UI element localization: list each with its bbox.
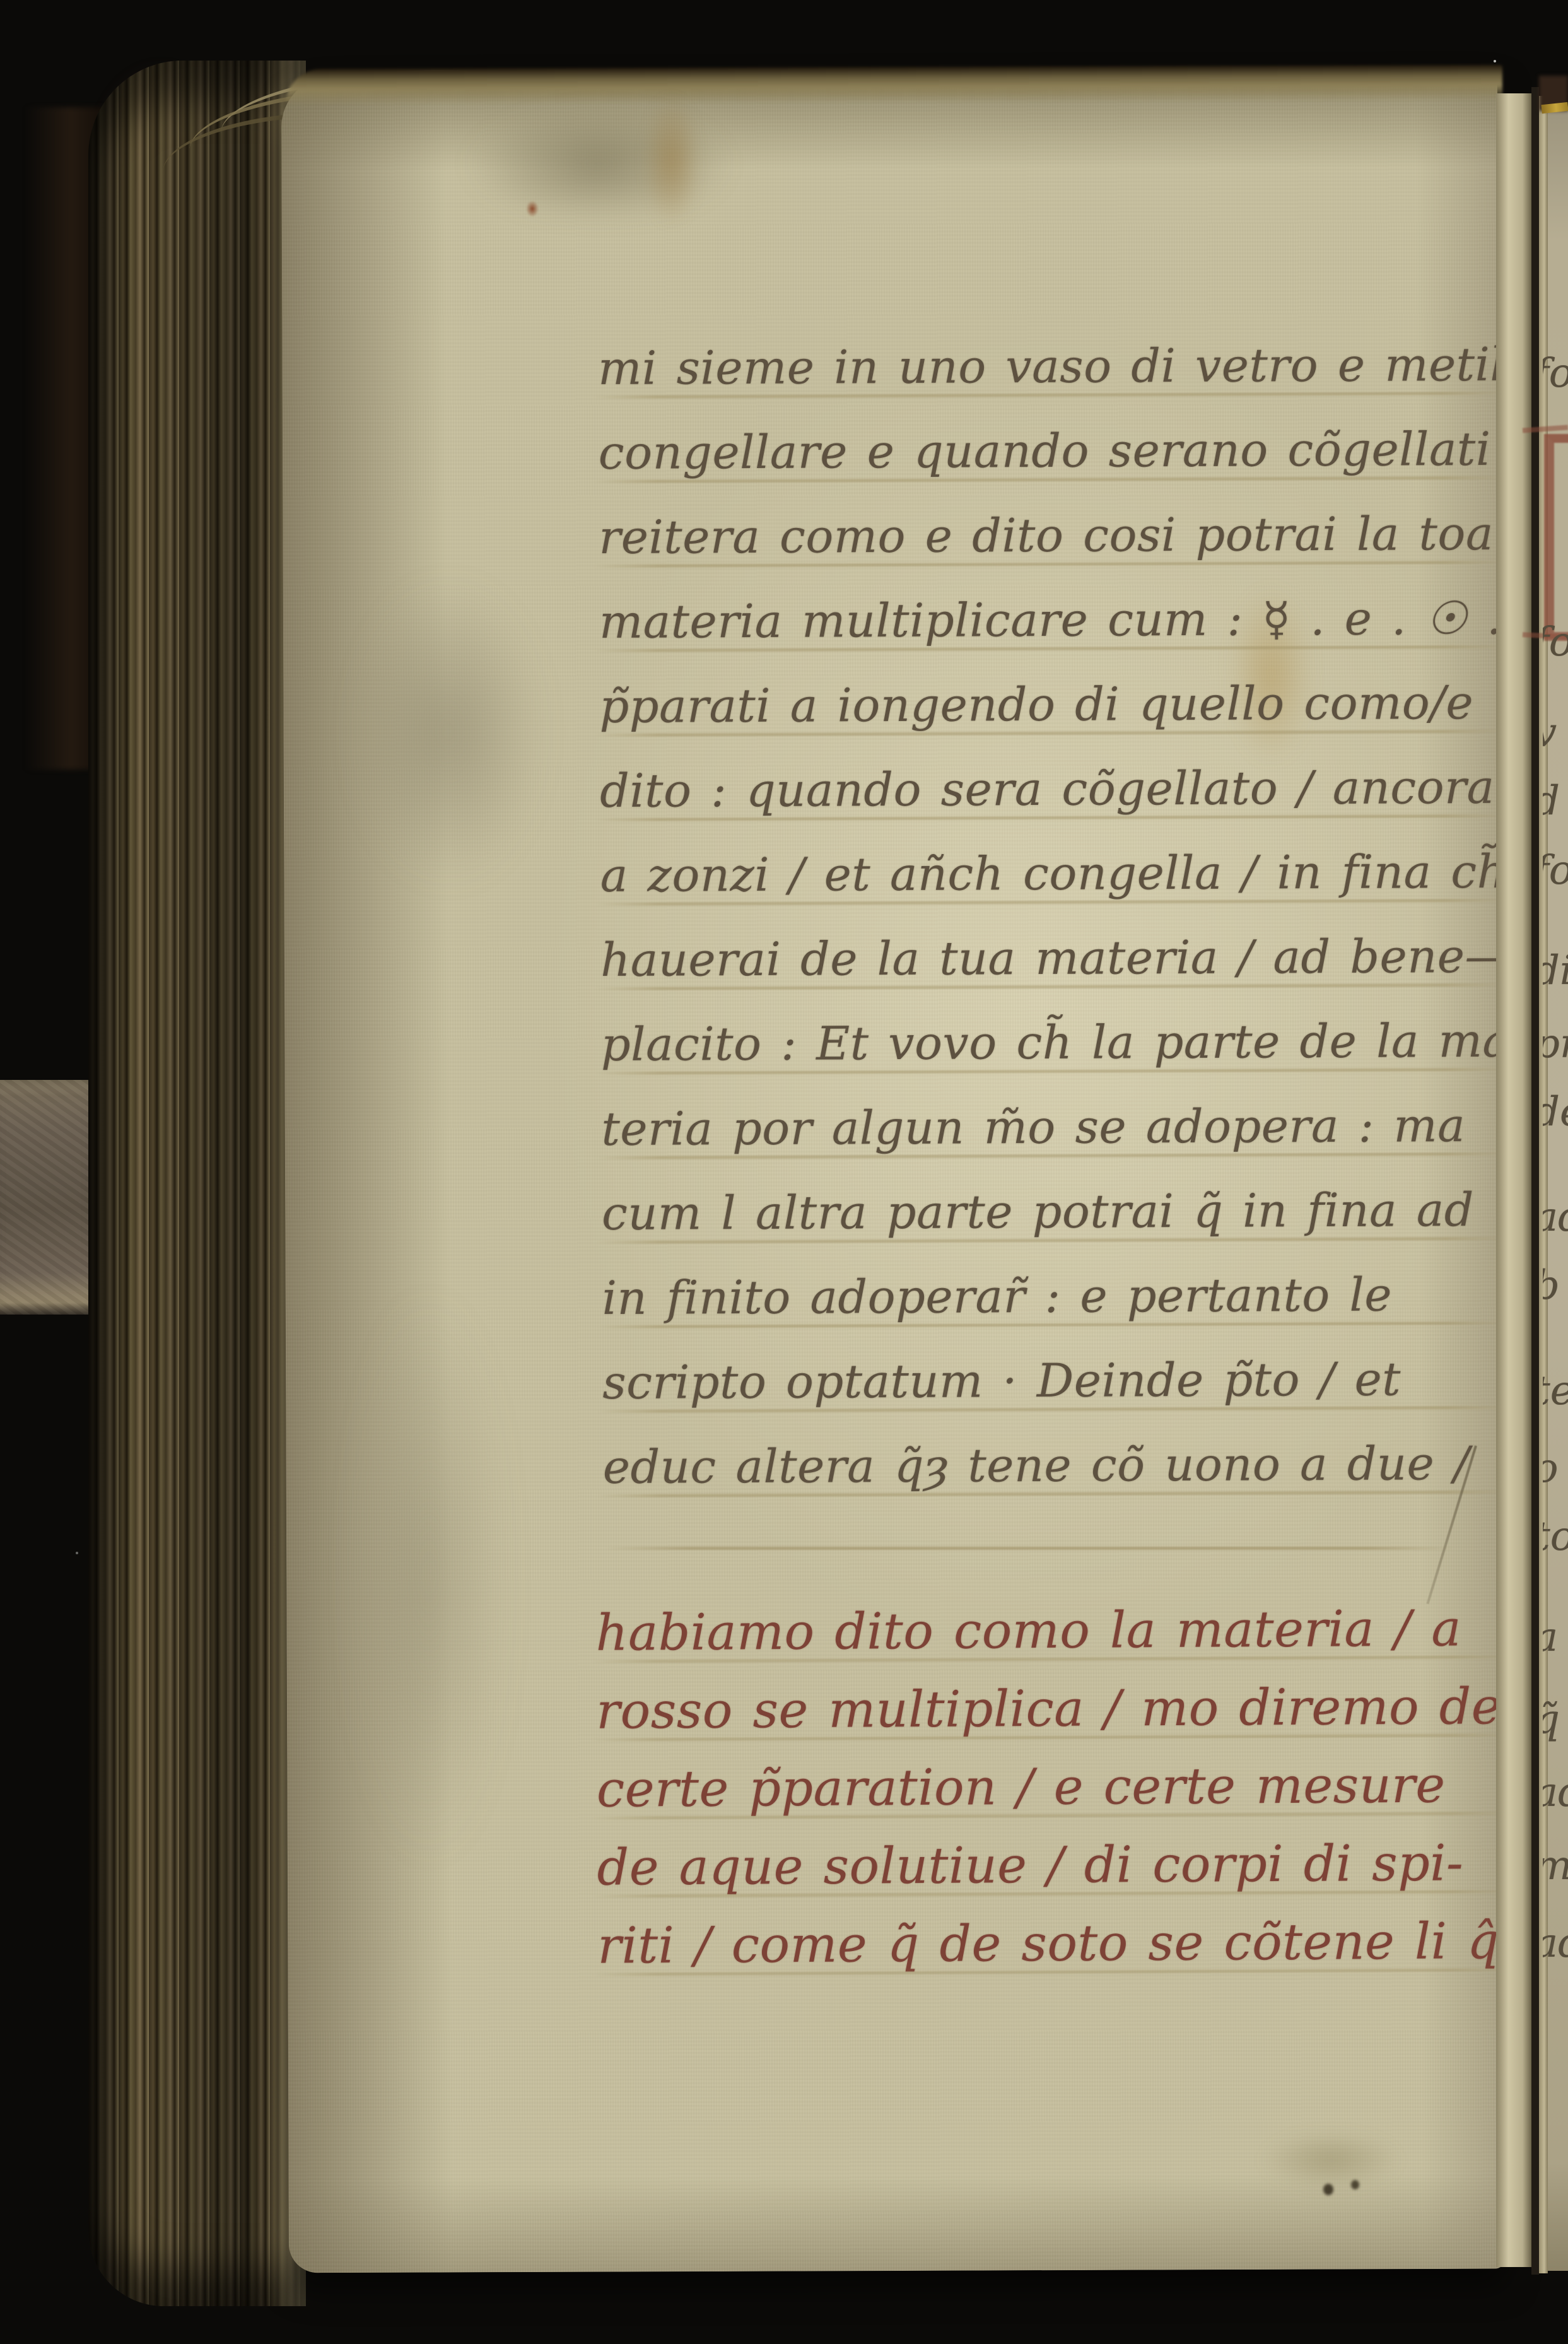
- text-fragment: di: [1543, 951, 1568, 991]
- manuscript-line: riti / come q̃ de soto se cõtene li q̂l: [597, 1902, 1494, 1984]
- text-fragment: d: [1543, 781, 1560, 821]
- red-ink-paragraph: habiamo dito como la materia / arosso se…: [595, 1589, 1493, 1984]
- text-fragment: pr: [1543, 1024, 1568, 1064]
- text-fragment: m: [1543, 1846, 1568, 1886]
- manuscript-line: de aque solutiue / di corpi di spi-: [597, 1824, 1493, 1906]
- manuscript-photo: { "manuscript": { "left_page": { "ink_pa…: [0, 0, 1568, 2344]
- text-fragment: q̃: [1543, 1699, 1560, 1740]
- manuscript-line: materia multiplicare cum : ☿ . e . ☉ .: [599, 577, 1483, 665]
- blind-ruling-line: [607, 1547, 1452, 1550]
- text-fragment: ad: [1543, 1773, 1568, 1813]
- manuscript-line: mi sieme in uno vaso di vetro e metila a: [598, 323, 1482, 411]
- manuscript-line: a zonzi / et añch congella / in fina ch̃: [600, 830, 1483, 918]
- text-fragment: a: [1543, 1617, 1558, 1658]
- manuscript-line: cum l altra parte potrai q̃ in fina ad: [602, 1168, 1485, 1257]
- manuscript-line: in finito adoperar̃ : e pertanto le: [602, 1253, 1485, 1341]
- text-fragment: v: [1543, 713, 1557, 753]
- manuscript-line: p̃parati a iongendo di quello como/e: [599, 661, 1483, 749]
- manuscript-line: educ altera q̃ȝ tene cõ uono a due /: [603, 1422, 1487, 1510]
- ink-paragraph: mi sieme in uno vaso di vetro e metila a…: [598, 323, 1486, 1510]
- text-fragment: de: [1543, 1092, 1568, 1132]
- text-fragment: o: [1543, 1448, 1559, 1489]
- next-page-text-fragments: fofovdfodiprdeadbteotoaq̃admad: [1543, 0, 1568, 2344]
- text-fragment: fo: [1543, 850, 1568, 891]
- text-fragment: fo: [1543, 622, 1568, 662]
- dust-speck: [1494, 60, 1496, 62]
- page-fore-edge: [1496, 93, 1531, 2267]
- manuscript-line: congellare e quando serano cõgellati: [598, 407, 1482, 496]
- manuscript-line: placito : Et vovo ch̃ la parte de la ma: [601, 999, 1485, 1087]
- page-top-edge-shadow: [285, 65, 1502, 106]
- text-fragment: te: [1543, 1371, 1568, 1411]
- manuscript-line: dito : quando sera cõgellato / ancora: [600, 746, 1483, 834]
- manuscript-line: hauerai de la tua materia / ad bene—: [600, 915, 1484, 1003]
- text-fragment: ad: [1543, 1923, 1568, 1964]
- text-fragment: fo: [1543, 353, 1568, 394]
- manuscript-line: rosso se multiplica / mo diremo de: [596, 1667, 1492, 1750]
- manuscript-line: scripto optatum · Deinde p̃to / et: [602, 1337, 1486, 1426]
- text-fragment: to: [1543, 1516, 1568, 1557]
- text-fragment: b: [1543, 1265, 1560, 1306]
- manuscript-line: teria por algun m̃o se adopera : ma: [601, 1084, 1485, 1172]
- page-gap-shadow: [1531, 87, 1539, 2275]
- manuscript-line: certe p̃paration / e certe mesure: [597, 1745, 1493, 1828]
- dust-speck: [76, 1552, 78, 1554]
- manuscript-line: reitera como e dito cosi potrai la toa: [599, 492, 1482, 580]
- stacked-page-edges: [88, 61, 306, 2306]
- manuscript-line: habiamo dito como la materia / a: [595, 1589, 1492, 1672]
- text-fragment: ad: [1543, 1197, 1568, 1238]
